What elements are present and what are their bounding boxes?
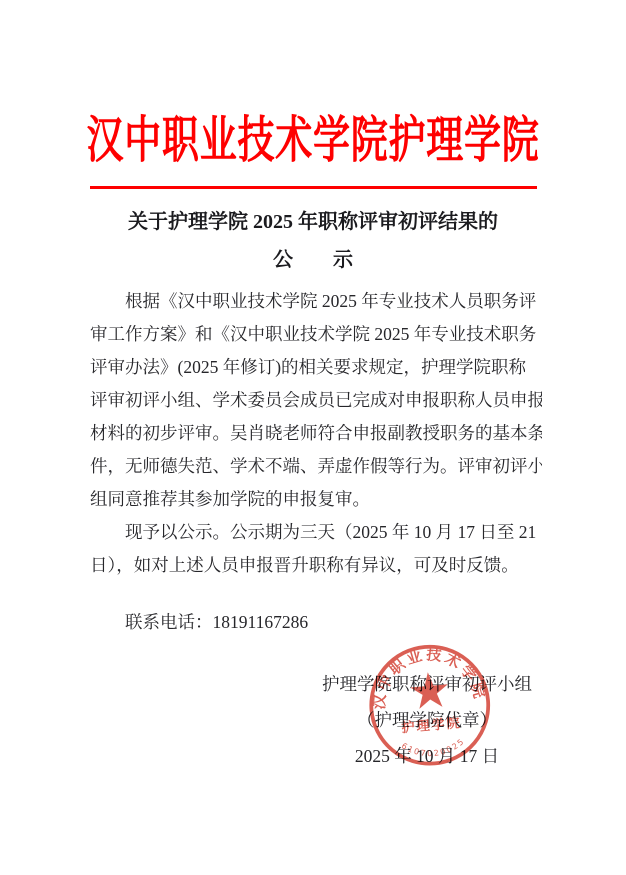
signature-org: 护理学院职称评审初评小组: [277, 666, 577, 702]
notice-body: 根据《汉中职业技术学院 2025 年专业技术人员职务评审工作方案》和《汉中职业技…: [90, 285, 542, 582]
notice-heading-line2: 公 示: [0, 243, 626, 272]
body-line: 现予以公示。公示期为三天（2025 年 10 月 17 日至 21: [90, 516, 542, 549]
body-paragraph-1: 根据《汉中职业技术学院 2025 年专业技术人员职务评审工作方案》和《汉中职业技…: [90, 285, 542, 516]
signature-date: 2025 年 10 月 17 日: [277, 738, 577, 774]
body-line: 审工作方案》和《汉中职业技术学院 2025 年专业技术职务: [90, 318, 542, 351]
body-paragraph-2: 现予以公示。公示期为三天（2025 年 10 月 17 日至 21日），如对上述…: [90, 516, 542, 582]
body-line: 件，无师德失范、学术不端、弄虚作假等行为。评审初评小: [90, 450, 542, 483]
body-line: 材料的初步评审。吴肖晓老师符合申报副教授职务的基本条: [90, 417, 542, 450]
document-letterhead: 汉中职业技术学院护理学院: [0, 110, 626, 183]
contact-phone: 联系电话：18191167286: [125, 609, 626, 634]
letterhead-rule: [90, 186, 537, 189]
body-line: 日），如对上述人员申报晋升职称有异议，可及时反馈。: [90, 549, 542, 582]
letterhead-title: 汉中职业技术学院护理学院: [87, 110, 540, 170]
body-line: 组同意推荐其参加学院的申报复审。: [90, 483, 542, 516]
notice-heading-line1: 关于护理学院 2025 年职称评审初评结果的: [0, 205, 626, 234]
body-line: 评审办法》(2025 年修订)的相关要求规定，护理学院职称: [90, 351, 542, 384]
signature-seal-note: （护理学院代章）: [277, 702, 577, 738]
body-line: 根据《汉中职业技术学院 2025 年专业技术人员职务评: [90, 285, 542, 318]
signature-block: 护理学院职称评审初评小组 （护理学院代章） 2025 年 10 月 17 日: [277, 666, 577, 774]
body-line: 评审初评小组、学术委员会成员已完成对申报职称人员申报: [90, 384, 542, 417]
document-page: 汉中职业技术学院护理学院 关于护理学院 2025 年职称评审初评结果的 公 示 …: [0, 0, 626, 875]
